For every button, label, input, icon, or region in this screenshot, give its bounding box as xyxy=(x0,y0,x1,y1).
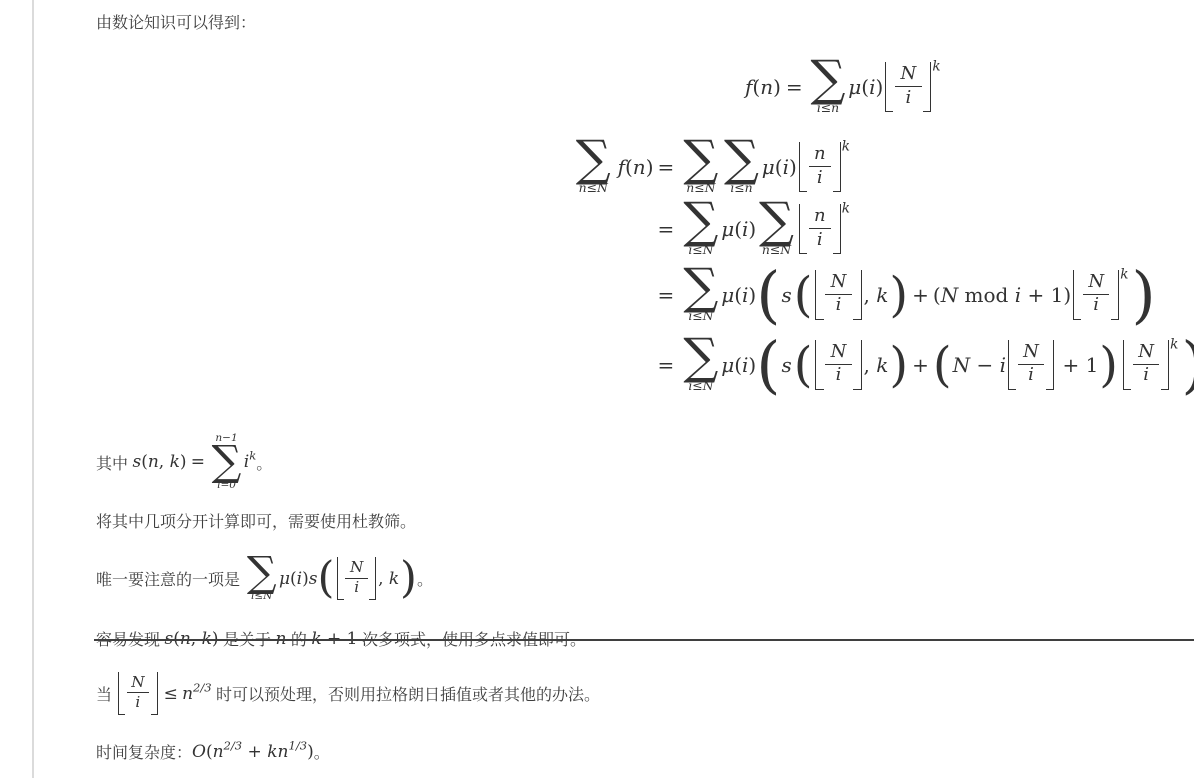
page: { "page": { "background": "#ffffff", "te… xyxy=(0,0,1194,778)
paragraph-s-definition: 其中 s(n, k)=n−1∑i=0ik。 xyxy=(96,433,272,491)
paragraph-precompute-condition: 当 Ni≤n2/3 时可以预处理，否则用拉格朗日插值或者其他的办法。 xyxy=(96,672,600,715)
formula-aligned-derivation: ∑n≤Nf(n) = ∑n≤N∑i≤nμ(i)nik = ∑i≤Nμ(i)∑n≤… xyxy=(573,140,1194,396)
paragraph-intro: 由数论知识可以得到： xyxy=(96,12,256,35)
aligned-row2-rhs: = ∑i≤Nμ(i)∑n≤Nnik xyxy=(658,202,1194,256)
formula-f-n-definition: f(n)=∑i≤nμ(i)Nik xyxy=(745,60,943,114)
aligned-row3-lhs xyxy=(573,264,658,326)
paragraph-key-term: 唯一要注意的一项是 ∑i≤Nμ(i)s(Ni, k)。 xyxy=(96,556,433,602)
content-left-rule xyxy=(32,0,34,778)
aligned-row4-lhs xyxy=(573,334,658,396)
aligned-row2-lhs xyxy=(573,202,658,256)
paragraph-split-terms: 将其中几项分开计算即可，需要使用杜教筛。 xyxy=(96,511,416,534)
aligned-row4-rhs: = ∑i≤Nμ(i)(s(Ni, k)+(N − iNi + 1)Nik) xyxy=(658,334,1194,396)
aligned-row1-lhs: ∑n≤Nf(n) xyxy=(573,140,658,194)
paragraph-polynomial-struck: 容易发现 s(n, k) 是关于 n 的 k + 1 次多项式，使用多点求值即可… xyxy=(96,627,1194,650)
paragraph-time-complexity: 时间复杂度：O(n2/3 + kn1/3)。 xyxy=(96,740,330,763)
aligned-row1-rhs: = ∑n≤N∑i≤nμ(i)nik xyxy=(658,140,1194,194)
aligned-row3-rhs: = ∑i≤Nμ(i)(s(Ni, k)+(N mod i + 1)Nik) xyxy=(658,264,1194,326)
